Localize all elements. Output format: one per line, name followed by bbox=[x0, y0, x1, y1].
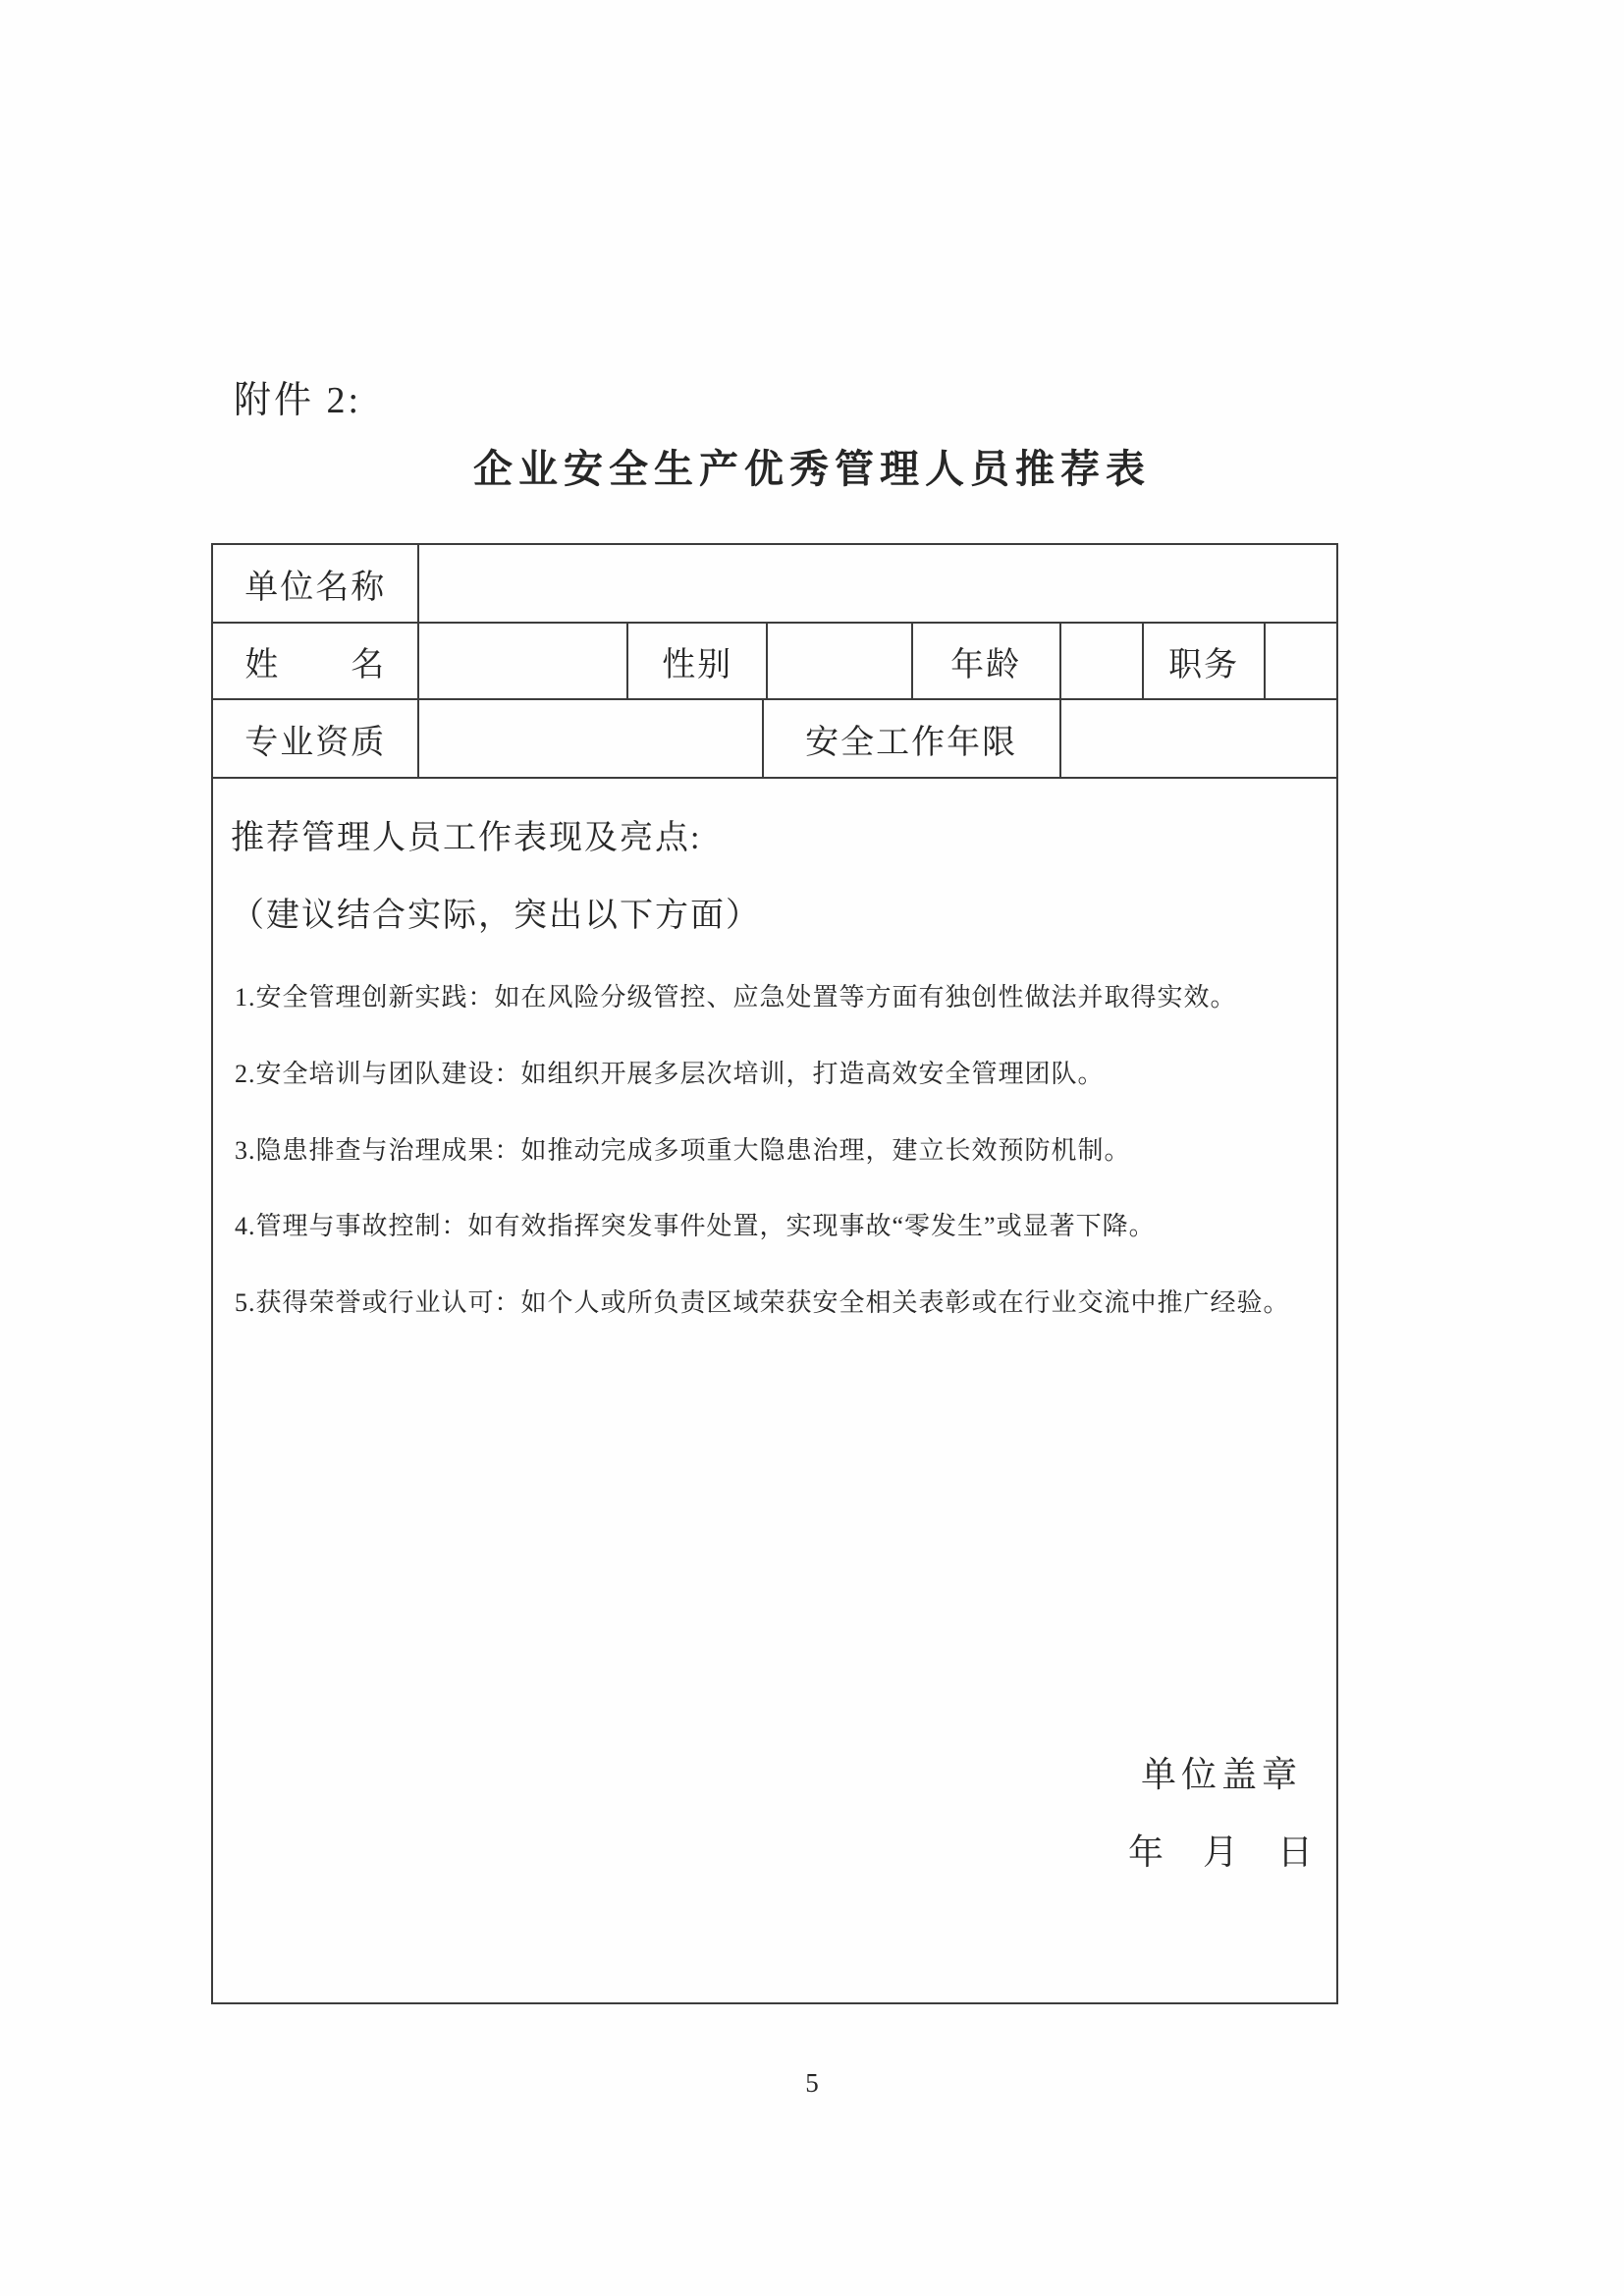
position-value-cell bbox=[1266, 624, 1336, 698]
unit-name-label: 单位名称 bbox=[213, 545, 419, 622]
safety-years-value-cell bbox=[1061, 700, 1336, 777]
performance-heading: 推荐管理人员工作表现及亮点: bbox=[231, 810, 1319, 858]
unit-name-row: 单位名称 bbox=[213, 545, 1336, 624]
name-label: 姓 名 bbox=[213, 624, 419, 698]
document-page: 附件 2: 企业安全生产优秀管理人员推荐表 单位名称 姓 名 性别 年龄 职务 … bbox=[0, 0, 1624, 2296]
performance-item: 4.管理与事故控制：如有效指挥突发事件处置，实现事故“零发生”或显著下降。 bbox=[235, 1210, 1319, 1243]
page-number: 5 bbox=[0, 2068, 1624, 2099]
page-title: 企业安全生产优秀管理人员推荐表 bbox=[0, 438, 1624, 494]
unit-name-value-cell bbox=[419, 545, 1336, 622]
position-label: 职务 bbox=[1144, 624, 1266, 698]
qualification-row: 专业资质 安全工作年限 bbox=[213, 700, 1336, 779]
seal-date-block: 单位盖章 年 月 日 bbox=[1128, 1747, 1315, 1875]
age-label: 年龄 bbox=[913, 624, 1061, 698]
age-value-cell bbox=[1061, 624, 1145, 698]
performance-item: 2.安全培训与团队建设：如组织开展多层次培训，打造高效安全管理团队。 bbox=[235, 1058, 1319, 1091]
gender-value-cell bbox=[768, 624, 913, 698]
performance-item: 3.隐患排查与治理成果：如推动完成多项重大隐患治理，建立长效预防机制。 bbox=[235, 1134, 1319, 1168]
qualification-value-cell bbox=[419, 700, 763, 777]
qualification-label: 专业资质 bbox=[213, 700, 419, 777]
performance-subheading: （建议结合实际，突出以下方面） bbox=[231, 888, 1319, 936]
performance-section: 推荐管理人员工作表现及亮点: （建议结合实际，突出以下方面） 1.安全管理创新实… bbox=[213, 779, 1336, 2002]
attachment-label: 附件 2: bbox=[234, 369, 361, 423]
gender-label: 性别 bbox=[628, 624, 768, 698]
performance-item: 5.获得荣誉或行业认可：如个人或所负责区域荣获安全相关表彰或在行业交流中推广经验… bbox=[235, 1286, 1319, 1320]
personal-info-row: 姓 名 性别 年龄 职务 bbox=[213, 624, 1336, 700]
date-label: 年 月 日 bbox=[1128, 1825, 1315, 1875]
recommendation-form-table: 单位名称 姓 名 性别 年龄 职务 专业资质 安全工作年限 推荐管理人员工作表现… bbox=[211, 543, 1338, 2004]
name-value-cell bbox=[419, 624, 628, 698]
unit-seal-label: 单位盖章 bbox=[1128, 1747, 1315, 1797]
safety-years-label: 安全工作年限 bbox=[764, 700, 1061, 777]
performance-item: 1.安全管理创新实践：如在风险分级管控、应急处置等方面有独创性做法并取得实效。 bbox=[235, 981, 1319, 1014]
